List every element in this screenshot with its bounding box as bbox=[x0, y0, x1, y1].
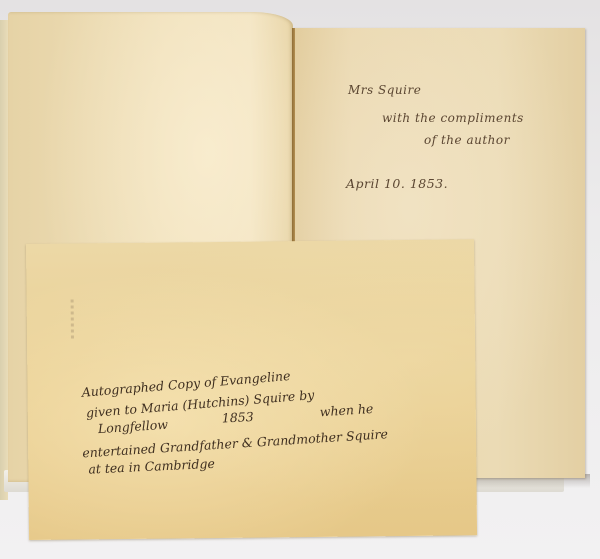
note-line: when he bbox=[319, 403, 373, 419]
inscription-date: April 10. 1853. bbox=[346, 178, 448, 191]
note-line: Longfellow bbox=[98, 419, 169, 436]
handwritten-note: Autographed Copy of Evangeline given to … bbox=[26, 239, 477, 540]
inscription-line: Mrs Squire bbox=[348, 84, 421, 96]
inscription-line: with the compliments bbox=[382, 112, 524, 124]
background-edge bbox=[0, 20, 8, 500]
note-text: Autographed Copy of Evangeline given to … bbox=[81, 359, 471, 363]
inscription-line: of the author bbox=[424, 134, 510, 146]
photo-scene: Mrs Squire with the compliments of the a… bbox=[0, 0, 600, 559]
note-line: at tea in Cambridge bbox=[88, 458, 215, 476]
note-year: 1853 bbox=[222, 411, 254, 425]
faint-pencil-mark bbox=[71, 300, 74, 342]
